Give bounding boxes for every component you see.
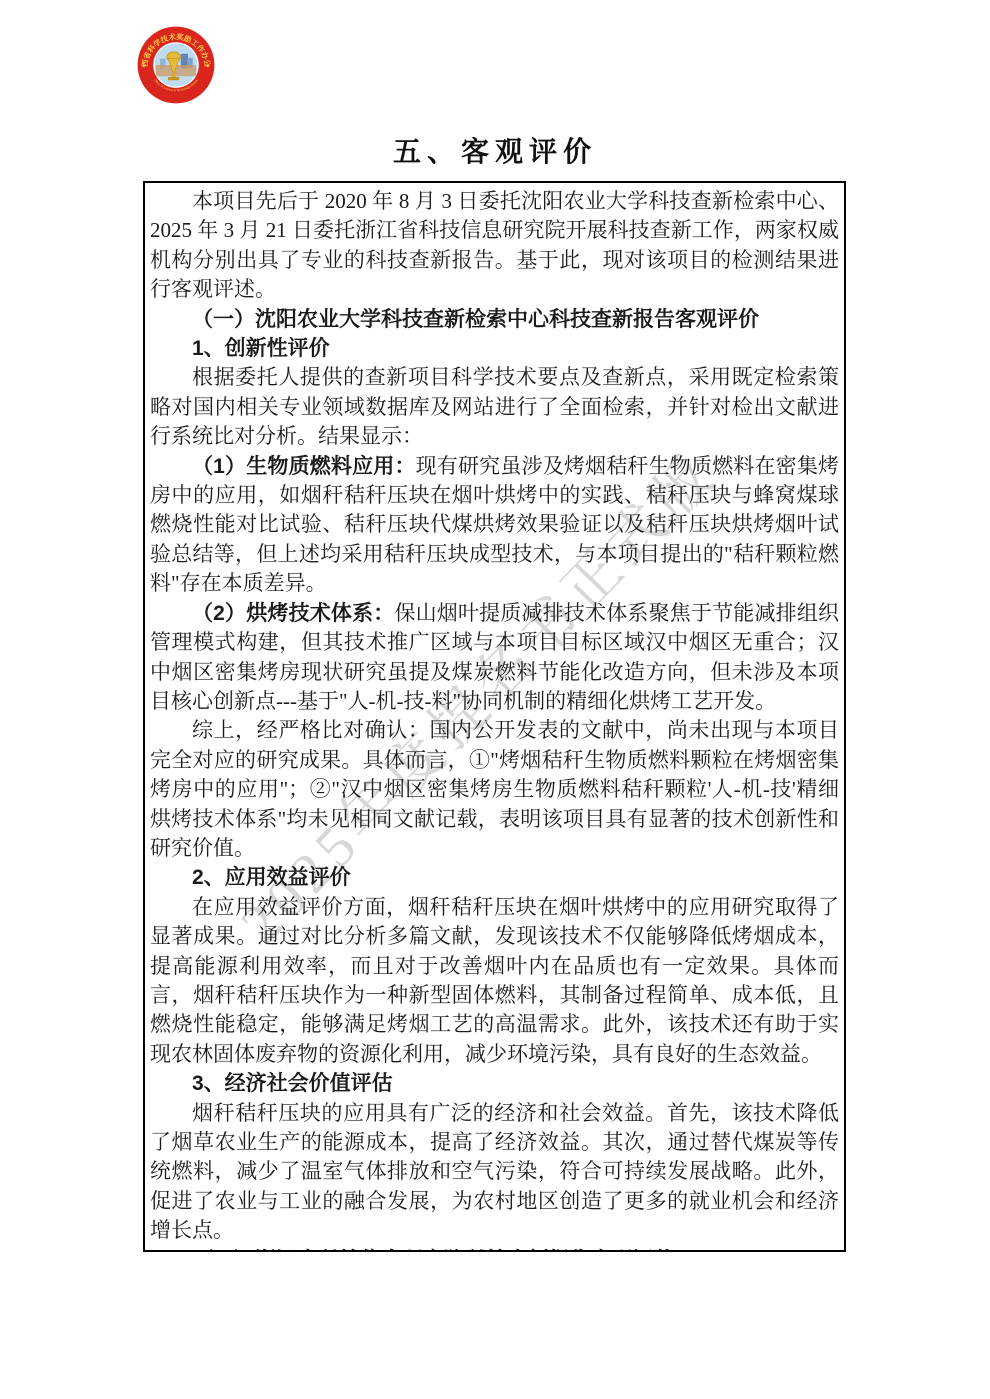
document-body: 本项目先后于 2020 年 8 月 3 日委托沈阳农业大学科技查新检索中心、20…	[150, 187, 839, 1252]
page-title: 五、客观评价	[0, 130, 990, 170]
star-icon: ★	[141, 62, 146, 69]
award-office-seal-logo: 陕西省科学技术奖励工作办公室 Office Of Science & Techn…	[136, 25, 216, 105]
paragraph: 烟秆秸秆压块的应用具有广泛的经济和社会效益。首先，该技术降低了烟草农业生产的能源…	[150, 1099, 839, 1246]
paragraph-bold-lead: （1）生物质燃料应用：	[192, 455, 416, 478]
document-page: 陕西省科学技术奖励工作办公室 Office Of Science & Techn…	[0, 0, 990, 1399]
section-heading: 3、经济社会价值评估	[150, 1069, 839, 1098]
paragraph: （2）烘烤技术体系：保山烟叶提质减排技术体系聚焦于节能减排组织管理模式构建，但其…	[150, 599, 839, 717]
paragraph: 根据委托人提供的查新项目科学技术要点及查新点，采用既定检索策略对国内相关专业领域…	[150, 363, 839, 451]
paragraph: （1）生物质燃料应用：现有研究虽涉及烤烟秸秆生物质燃料在密集烤房中的应用，如烟秆…	[150, 452, 839, 599]
paragraph: 本项目先后于 2020 年 8 月 3 日委托沈阳农业大学科技查新检索中心、20…	[150, 187, 839, 305]
section-heading: （一）沈阳农业大学科技查新检索中心科技查新报告客观评价	[150, 305, 839, 334]
paragraph: 综上，经严格比对确认：国内公开发表的文献中，尚未出现与本项目完全对应的研究成果。…	[150, 716, 839, 863]
paragraph-bold-lead: （2）烘烤技术体系：	[192, 602, 394, 625]
section-heading: 2、应用效益评价	[150, 863, 839, 892]
paragraph: 在应用效益评价方面，烟秆秸秆压块在烟叶烘烤中的应用研究取得了显著成果。通过对比分…	[150, 893, 839, 1069]
star-icon: ★	[205, 62, 210, 69]
section-heading: 1、创新性评价	[150, 334, 839, 363]
section-heading: （二）浙江省科技信息研究院科技查新报告客观评价	[150, 1246, 839, 1252]
report-text-box: 本项目先后于 2020 年 8 月 3 日委托沈阳农业大学科技查新检索中心、20…	[143, 181, 846, 1252]
